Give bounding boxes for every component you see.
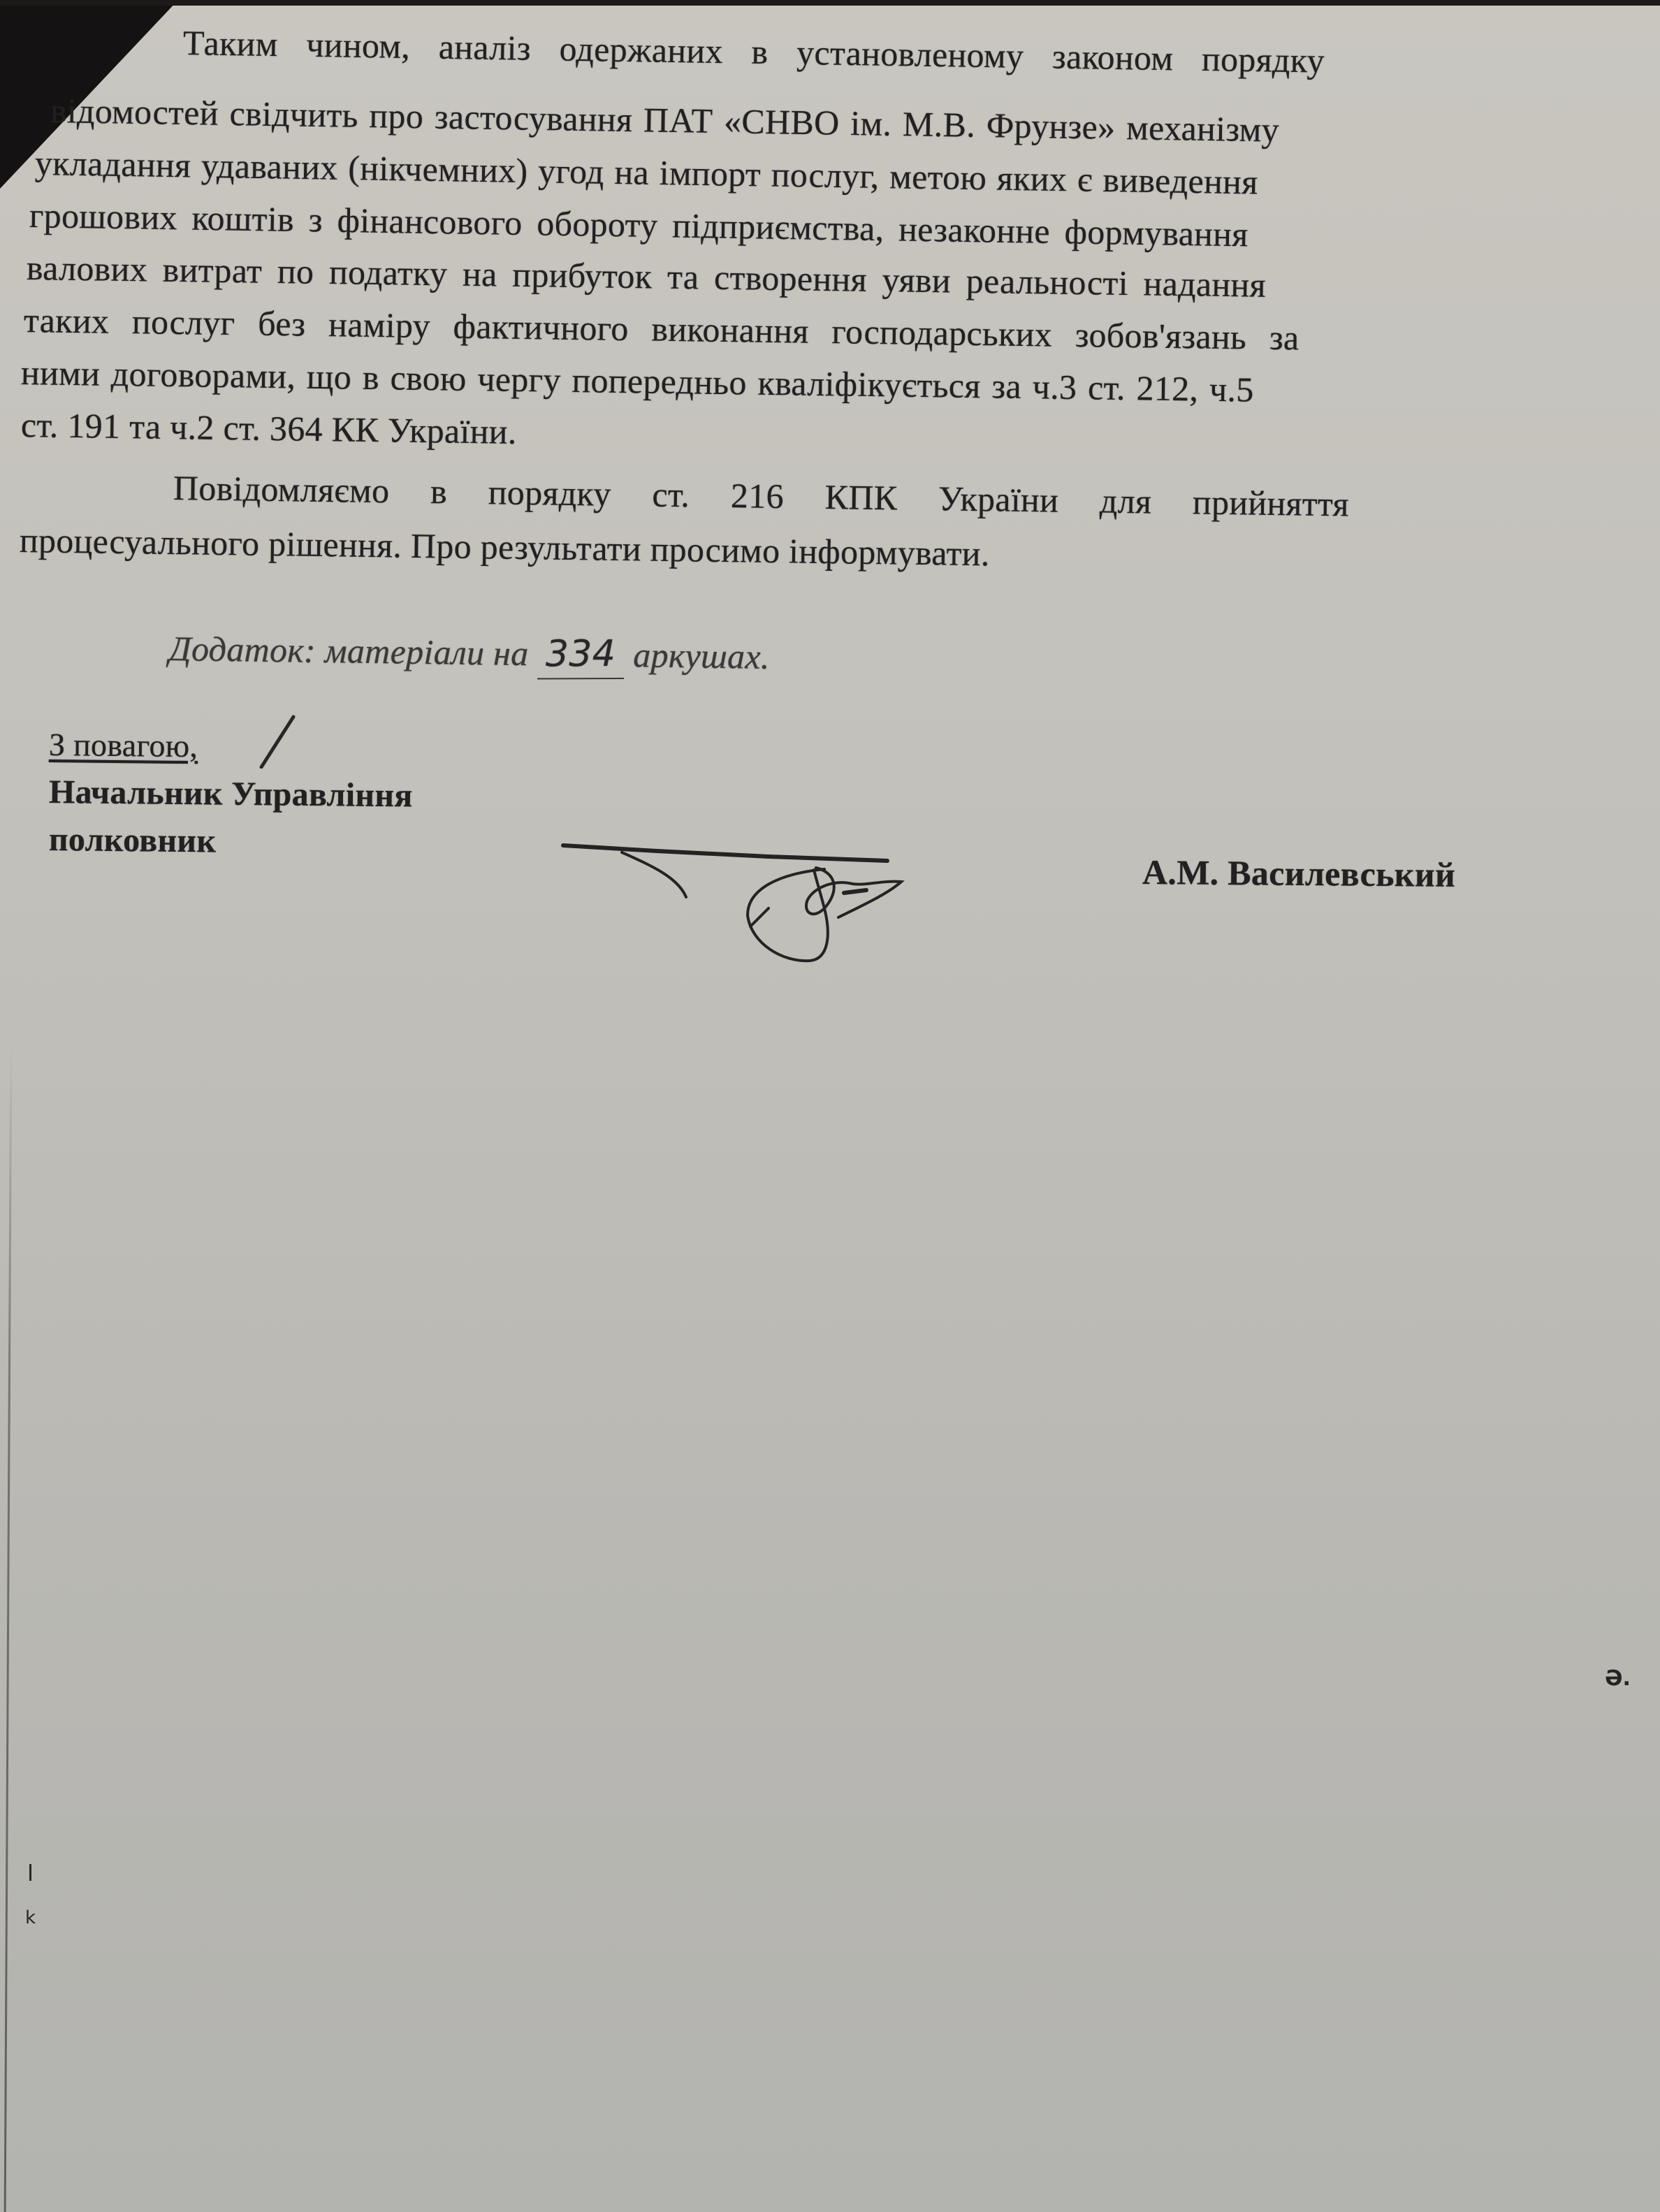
closing-rank: полковник — [49, 816, 217, 865]
document-photo: Таким чином, аналіз одержаних в установл… — [0, 0, 1660, 2212]
left-margin-mark-text: k — [25, 1907, 36, 1928]
regards-text: З повагою, — [49, 727, 198, 764]
line-text: Повідомляємо в порядку ст. 216 КПК Украї… — [173, 468, 1350, 523]
rank-text: полковник — [49, 821, 217, 860]
line-text: валових витрат по податку на прибуток та… — [27, 248, 1267, 305]
pen-slash-mark — [252, 713, 307, 769]
body-line-8: ст. 191 та ч.2 ст. 364 КК України. — [21, 402, 518, 456]
line-text: таких послуг без наміру фактичного викон… — [24, 300, 1299, 357]
attachment-prefix: Додаток: матеріали на — [169, 629, 529, 673]
line-text: ст. 191 та ч.2 ст. 364 КК України. — [21, 405, 517, 451]
document-body: Таким чином, аналіз одержаних в установл… — [0, 0, 1660, 2212]
closing-regards: З повагою, — [49, 721, 198, 769]
line-text: Таким чином, аналіз одержаних в установл… — [182, 20, 1325, 85]
body-para2-line-2: процесуального рішення. Про результати п… — [20, 517, 991, 577]
line-text: грошових коштів з фінансового обороту пі… — [29, 196, 1248, 254]
body-line-1: Таким чином, аналіз одержаних в установл… — [182, 20, 1566, 88]
right-margin-mark: Ə. — [1605, 1666, 1631, 1691]
signatory-name-text: А.М. Василевський — [1142, 852, 1456, 894]
attachment-suffix: аркушах. — [633, 635, 770, 676]
position-text: Начальник Управління — [49, 773, 413, 814]
attachment-sheet-count: 334 — [537, 631, 624, 679]
closing-position: Начальник Управління — [49, 769, 413, 819]
signatory-name: А.М. Василевський — [1142, 849, 1456, 898]
body-para2-line-1: Повідомляємо в порядку ст. 216 КПК Украї… — [173, 465, 1350, 527]
body-line-1-text: Таким чином, аналіз одержаних в установл… — [182, 20, 1566, 88]
line-text: відомостей свідчить про застосування ПАТ… — [50, 91, 1280, 150]
line-text: укладання удаваних (нікчемних) угод на і… — [35, 143, 1258, 201]
right-margin-mark-text: Ə. — [1605, 1666, 1631, 1691]
left-margin-mark: k — [25, 1907, 36, 1928]
line-text: ними договорами, що в свою чергу поперед… — [21, 353, 1254, 409]
left-margin-tick — [29, 1864, 31, 1881]
attachment-line: Додаток: матеріали на 334 аркушах. — [169, 625, 771, 682]
handwritten-signature — [559, 803, 978, 971]
line-text: процесуального рішення. Про результати п… — [20, 521, 990, 573]
